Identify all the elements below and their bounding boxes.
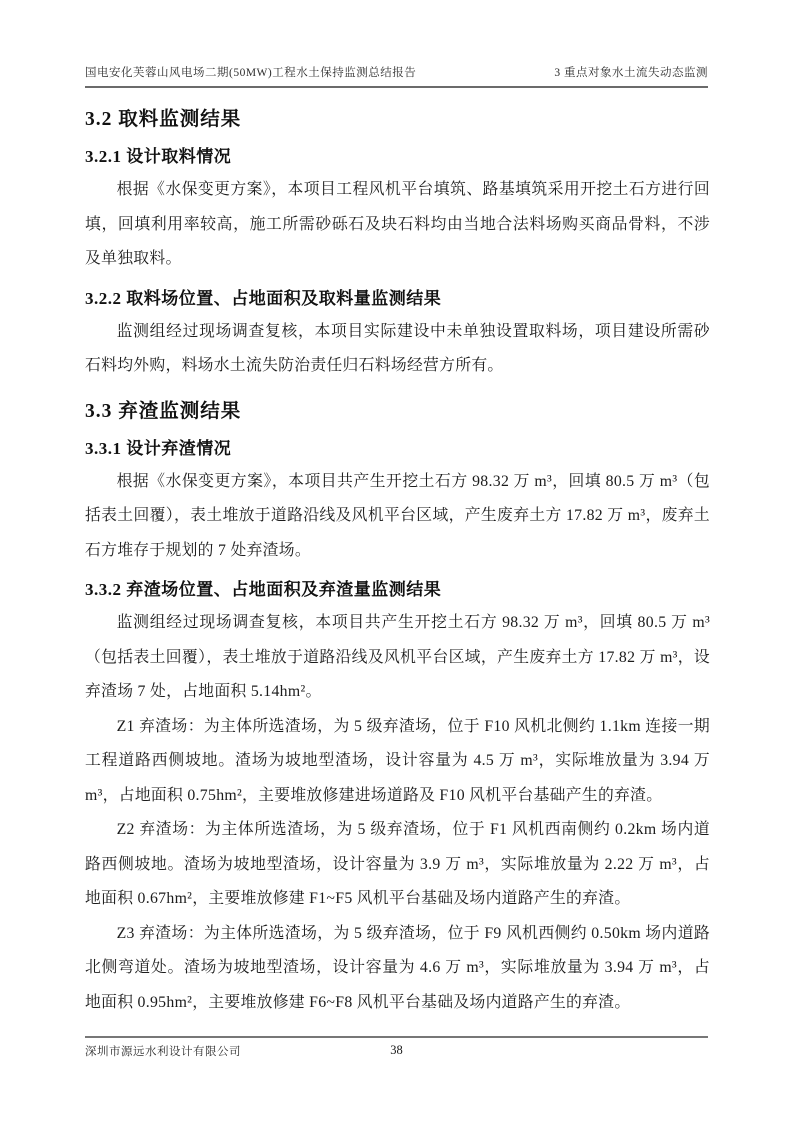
header-chapter-title: 3 重点对象水土流失动态监测	[554, 64, 708, 80]
paragraph-borrow-site-review: 监测组经过现场调查复核，本项目实际建设中未单独设置取料场，项目建设所需砂石料均外…	[85, 315, 710, 384]
heading-3-3-2-spoil-site-monitoring: 3.3.2 弃渣场位置、占地面积及弃渣量监测结果	[85, 578, 710, 602]
paragraph-spoil-site-review: 监测组经过现场调查复核，本项目共产生开挖土石方 98.32 万 m³，回填 80…	[85, 606, 710, 710]
paragraph-design-borrow: 根据《水保变更方案》，本项目工程风机平台填筑、路基填筑采用开挖土石方进行回填，回…	[85, 173, 710, 277]
heading-3-2-1-design-borrow-situation: 3.2.1 设计取料情况	[85, 145, 710, 169]
heading-3-2-2-borrow-site-monitoring: 3.2.2 取料场位置、占地面积及取料量监测结果	[85, 287, 710, 311]
paragraph-spoil-site-z2: Z2 弃渣场：为主体所选渣场，为 5 级弃渣场，位于 F1 风机西南侧约 0.2…	[85, 813, 710, 917]
footer-page-number: 38	[85, 1043, 708, 1058]
header-report-title: 国电安化芙蓉山风电场二期(50MW)工程水土保持监测总结报告	[85, 64, 416, 80]
paragraph-spoil-site-z1: Z1 弃渣场：为主体所选渣场，为 5 级弃渣场，位于 F10 风机北侧约 1.1…	[85, 710, 710, 814]
page-footer: 深圳市源远水利设计有限公司 38	[85, 1036, 708, 1059]
heading-3-2-borrow-monitoring-results: 3.2 取料监测结果	[85, 106, 710, 133]
page-header: 国电安化芙蓉山风电场二期(50MW)工程水土保持监测总结报告 3 重点对象水土流…	[85, 64, 708, 88]
document-body: 3.2 取料监测结果 3.2.1 设计取料情况 根据《水保变更方案》，本项目工程…	[85, 92, 710, 1020]
paragraph-design-spoil: 根据《水保变更方案》，本项目共产生开挖土石方 98.32 万 m³，回填 80.…	[85, 465, 710, 569]
document-page: 国电安化芙蓉山风电场二期(50MW)工程水土保持监测总结报告 3 重点对象水土流…	[0, 0, 793, 1122]
heading-3-3-spoil-monitoring-results: 3.3 弃渣监测结果	[85, 398, 710, 425]
paragraph-spoil-site-z3: Z3 弃渣场：为主体所选渣场，为 5 级弃渣场，位于 F9 风机西侧约 0.50…	[85, 917, 710, 1021]
heading-3-3-1-design-spoil-situation: 3.3.1 设计弃渣情况	[85, 437, 710, 461]
